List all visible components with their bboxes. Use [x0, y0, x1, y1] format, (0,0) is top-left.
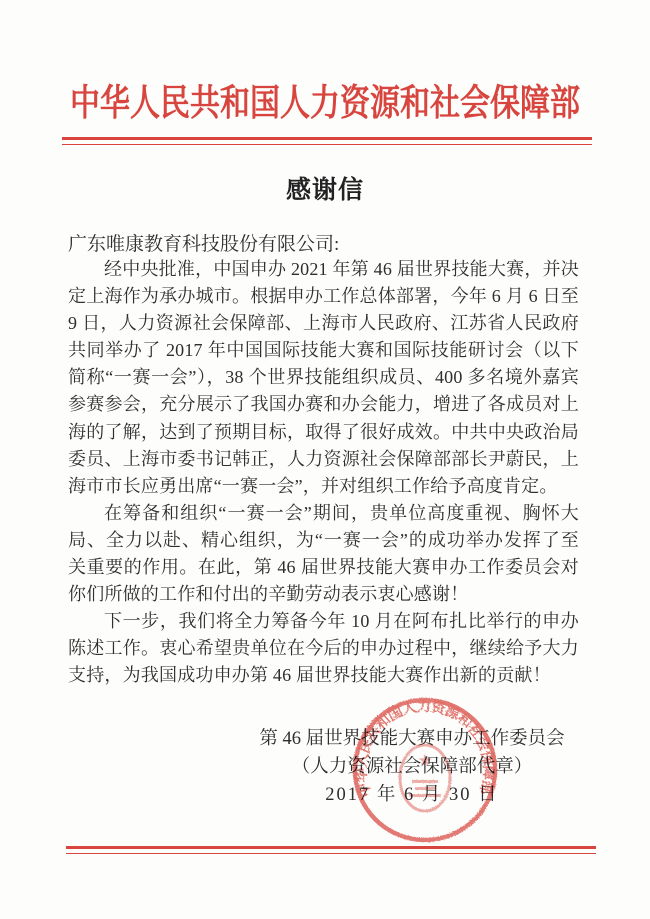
footer-rule — [66, 846, 596, 854]
body-line: 你们所做的工作和付出的辛勤劳动表示衷心感谢！ — [68, 581, 579, 608]
signature-on-behalf: （人力资源社会保障部代章） — [292, 752, 533, 778]
body-line: 局、全力以赴、精心组织，为“一赛一会”的成功举办发挥了至 — [68, 527, 579, 554]
body-line: 经中央批准，中国申办 2021 年第 46 届世界技能大赛，并决 — [68, 256, 579, 283]
body-line: 委员、上海市委书记韩正，人力资源社会保障部部长尹蔚民，上 — [68, 446, 579, 473]
letter-body: 经中央批准，中国申办 2021 年第 46 届世界技能大赛，并决 定上海作为承办… — [68, 256, 579, 690]
body-line: 支持，为我国成功申办第 46 届世界技能大赛作出新的贡献！ — [68, 662, 579, 689]
body-line: 海的了解，达到了预期目标，取得了很好成效。中共中央政治局 — [68, 419, 579, 446]
addressee: 广东唯康教育科技股份有限公司: — [68, 229, 339, 256]
body-line: 参赛参会，充分展示了我国办赛和办会能力，增进了各成员对上 — [68, 391, 579, 418]
letterhead-title: 中华人民共和国人力资源和社会保障部 — [0, 80, 650, 129]
body-line: 定上海作为承办城市。根据申办工作总体部署，今年 6 月 6 日至 — [68, 283, 579, 310]
body-line: 海市市长应勇出席“一赛一会”，并对组织工作给予高度肯定。 — [68, 473, 579, 500]
letter-page: 中华人民共和国人力资源和社会保障部 感谢信 广东唯康教育科技股份有限公司: 经中… — [0, 0, 650, 919]
body-line: 陈述工作。衷心希望贵单位在今后的申办过程中，继续给予大力 — [68, 635, 579, 662]
body-line: 在筹备和组织“一赛一会”期间，贵单位高度重视、胸怀大 — [68, 500, 579, 527]
body-line: 9 日，人力资源社会保障部、上海市人民政府、江苏省人民政府 — [68, 310, 579, 337]
signature-date: 2017 年 6 月 30 日 — [325, 780, 498, 806]
header-rule — [62, 137, 592, 145]
letter-title: 感谢信 — [0, 170, 650, 206]
body-line: 简称“一赛一会”），38 个世界技能组织成员、400 多名境外嘉宾 — [68, 364, 579, 391]
body-line: 关重要的作用。在此，第 46 届世界技能大赛申办工作委员会对 — [68, 554, 579, 581]
body-line: 下一步，我们将全力筹备今年 10 月在阿布扎比举行的申办 — [68, 608, 579, 635]
signature-committee: 第 46 届世界技能大赛申办工作委员会 — [259, 724, 564, 750]
body-line: 共同举办了 2017 年中国国际技能大赛和国际技能研讨会（以下 — [68, 337, 579, 364]
